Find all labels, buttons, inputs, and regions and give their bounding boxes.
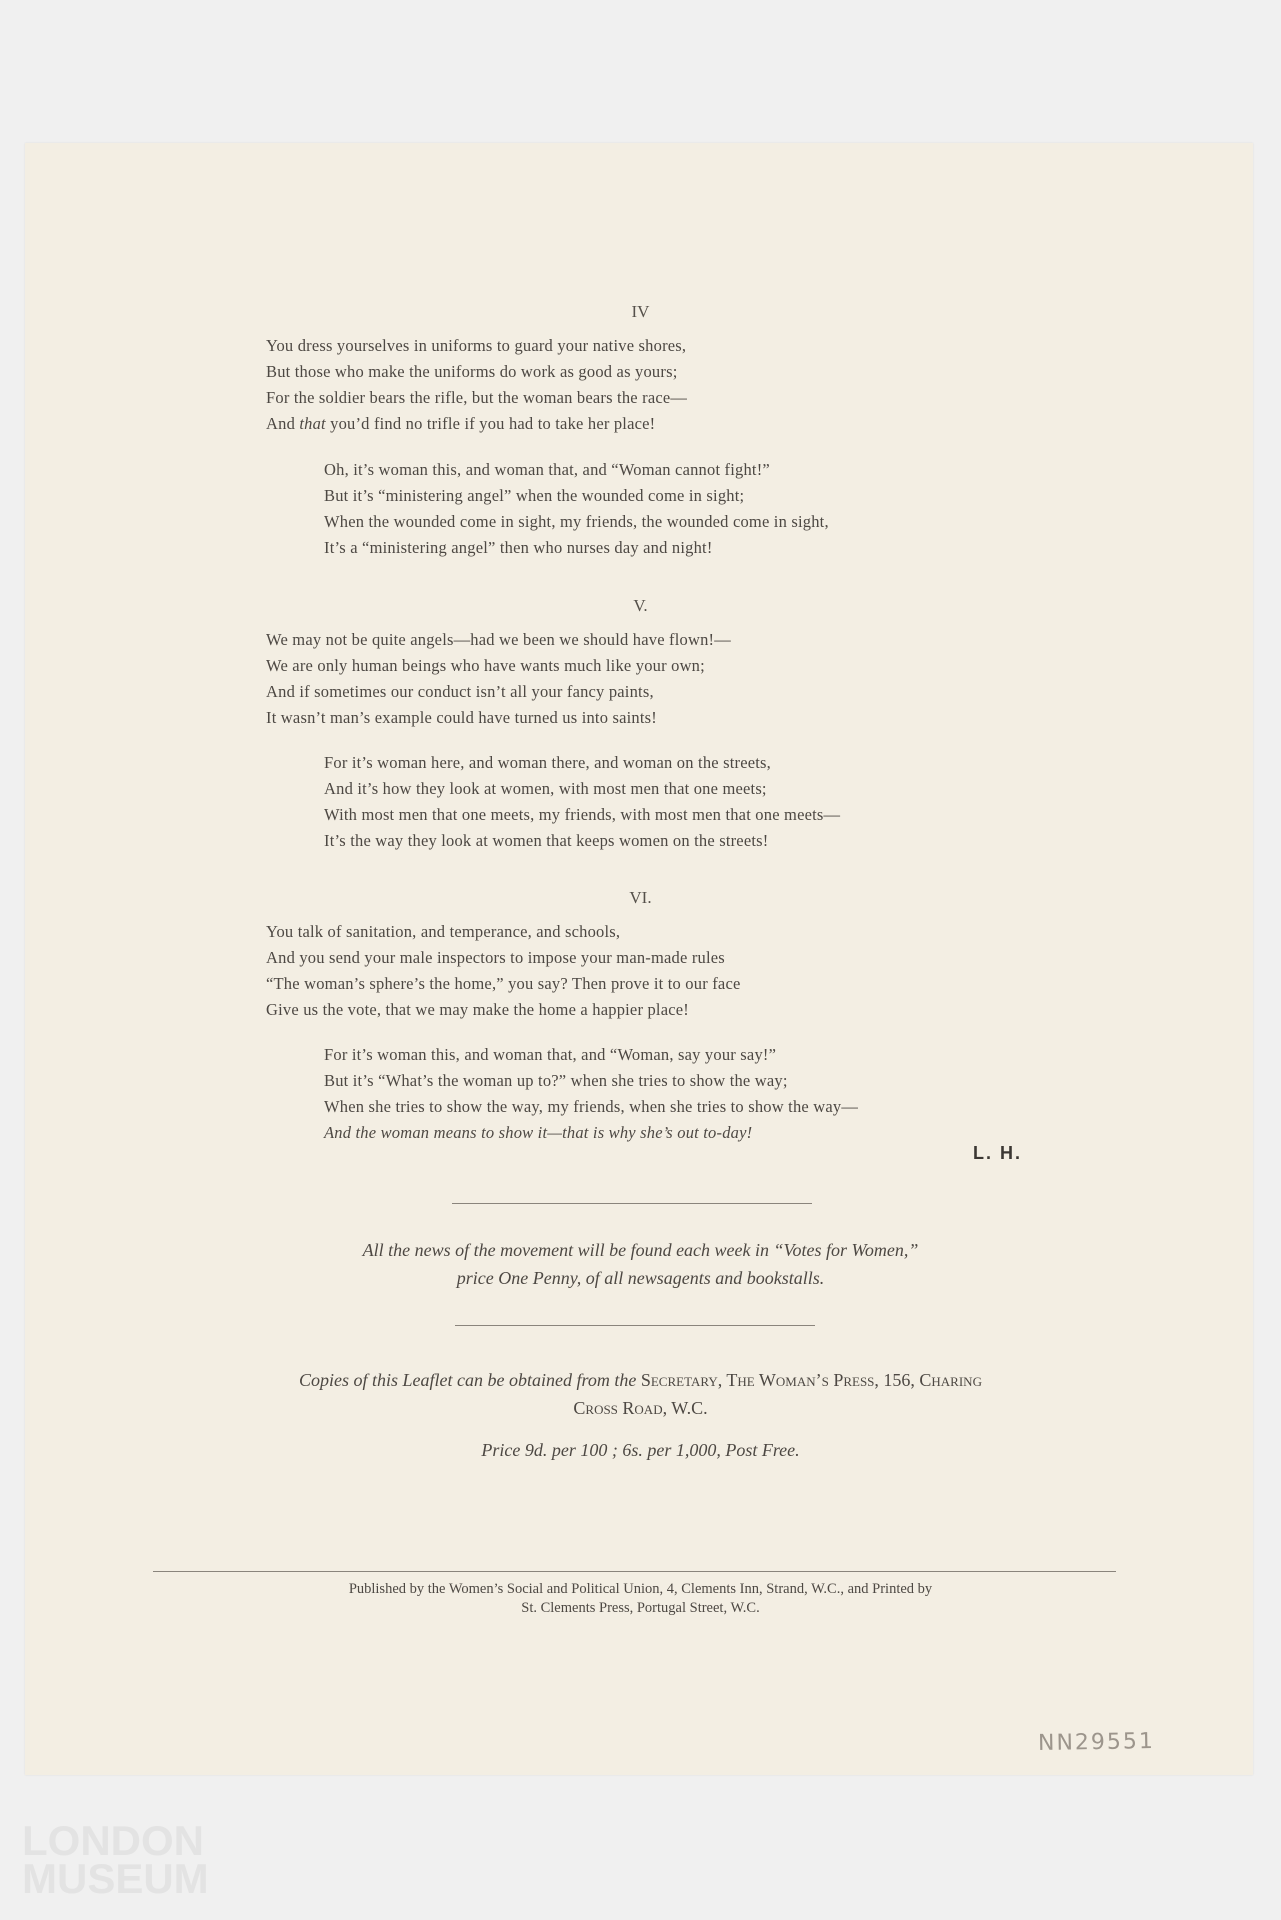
chorus-line: For it’s woman here, and woman there, an…: [324, 753, 771, 773]
verse-text: And: [266, 414, 299, 433]
chorus-line: When she tries to show the way, my frien…: [324, 1097, 858, 1117]
verse-emphasis: that: [299, 414, 325, 433]
news-notice-line1: All the news of the movement will be fou…: [0, 1240, 1281, 1261]
chorus-line-italic: And the woman means to show it—that is w…: [324, 1123, 752, 1143]
chorus-line: But it’s “ministering angel” when the wo…: [324, 486, 744, 506]
verse-line: Give us the vote, that we may make the h…: [266, 1000, 689, 1020]
chorus-line: Oh, it’s woman this, and woman that, and…: [324, 460, 770, 480]
pencil-accession-number: NN29551: [1038, 1729, 1155, 1756]
imprint-line1: Published by the Women’s Social and Poli…: [0, 1580, 1281, 1599]
verse-line: And you send your male inspectors to imp…: [266, 948, 725, 968]
verse-text: you’d find no trifle if you had to take …: [326, 414, 656, 433]
copies-notice-line1: Copies of this Leaflet can be obtained f…: [0, 1370, 1281, 1391]
stanza-numeral-v: V.: [0, 596, 1281, 616]
stanza-numeral-vi: VI.: [0, 888, 1281, 908]
chorus-line: And it’s how they look at women, with mo…: [324, 779, 767, 799]
divider-rule: [452, 1203, 812, 1204]
chorus-line: For it’s woman this, and woman that, and…: [324, 1045, 776, 1065]
copies-notice-address: Secretary, The Woman’s Press, 156, Chari…: [641, 1370, 982, 1390]
verse-line: And if sometimes our conduct isn’t all y…: [266, 682, 654, 702]
stanza-numeral-iv: IV: [0, 302, 1281, 322]
verse-line: And that you’d find no trifle if you had…: [266, 414, 655, 434]
chorus-line: With most men that one meets, my friends…: [324, 805, 840, 825]
chorus-line: It’s a “ministering angel” then who nurs…: [324, 538, 713, 558]
footer-rule: [153, 1571, 1116, 1572]
verse-line: We may not be quite angels—had we been w…: [266, 630, 731, 650]
news-notice-line2: price One Penny, of all newsagents and b…: [0, 1268, 1281, 1289]
imprint-line2: St. Clements Press, Portugal Street, W.C…: [0, 1599, 1281, 1618]
author-signature: L. H.: [973, 1143, 1022, 1164]
verse-line: For the soldier bears the rifle, but the…: [266, 388, 687, 408]
verse-line: “The woman’s sphere’s the home,” you say…: [266, 974, 741, 994]
logo-line2: MUSEUM: [22, 1860, 209, 1898]
verse-line: You talk of sanitation, and temperance, …: [266, 922, 620, 942]
verse-line: It wasn’t man’s example could have turne…: [266, 708, 657, 728]
copies-notice-line2: Cross Road, W.C.: [0, 1398, 1281, 1419]
verse-line: You dress yourselves in uniforms to guar…: [266, 336, 686, 356]
chorus-line: When the wounded come in sight, my frien…: [324, 512, 829, 532]
verse-line: We are only human beings who have wants …: [266, 656, 705, 676]
chorus-line: It’s the way they look at women that kee…: [324, 831, 768, 851]
divider-rule: [455, 1325, 815, 1326]
price-notice: Price 9d. per 100 ; 6s. per 1,000, Post …: [0, 1440, 1281, 1461]
verse-line: But those who make the uniforms do work …: [266, 362, 677, 382]
copies-notice-italic: Copies of this Leaflet can be obtained f…: [299, 1370, 641, 1390]
chorus-line: But it’s “What’s the woman up to?” when …: [324, 1071, 788, 1091]
london-museum-logo: LONDON MUSEUM: [22, 1822, 209, 1898]
